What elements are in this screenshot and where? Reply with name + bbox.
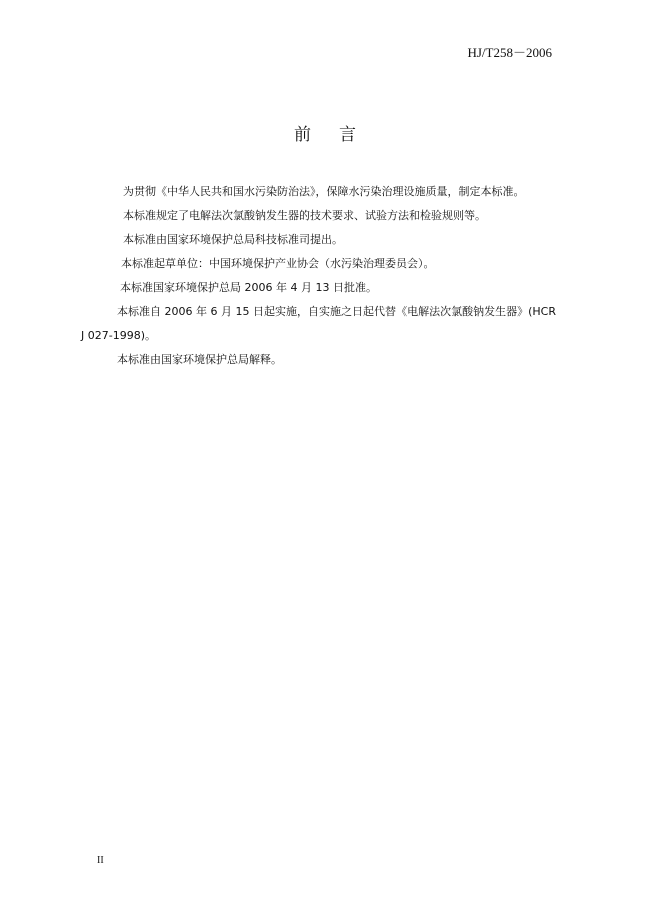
page-number: II xyxy=(97,855,104,866)
standard-code-header: HJ/T258－2006 xyxy=(467,42,552,61)
paragraph-purpose: 为贯彻《中华人民共和国水污染防治法》，保障水污染治理设施质量，制定本标准。 xyxy=(81,180,556,204)
paragraph-approval: 本标准国家环境保护总局 2006 年 4 月 13 日批准。 xyxy=(81,276,556,300)
paragraph-drafting-unit: 本标准起草单位：中国环境保护产业协会（水污染治理委员会）。 xyxy=(81,252,556,276)
paragraph-effective-date: 本标准自 2006 年 6 月 15 日起实施，自实施之日起代替《电解法次氯酸钠… xyxy=(81,300,556,348)
page-title: 前言 xyxy=(0,120,650,145)
paragraph-proposer: 本标准由国家环境保护总局科技标准司提出。 xyxy=(81,228,556,252)
paragraph-interpretation: 本标准由国家环境保护总局解释。 xyxy=(81,348,556,372)
foreword-body: 为贯彻《中华人民共和国水污染防治法》，保障水污染治理设施质量，制定本标准。 本标… xyxy=(81,180,556,372)
paragraph-scope: 本标准规定了电解法次氯酸钠发生器的技术要求、试验方法和检验规则等。 xyxy=(81,204,556,228)
